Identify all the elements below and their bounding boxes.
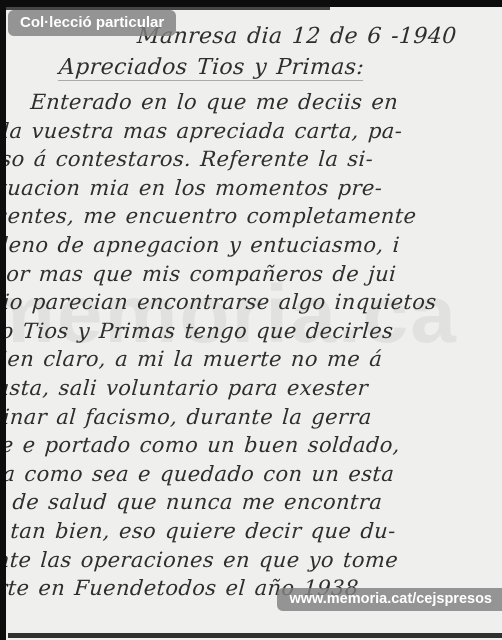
letter-text: Manresa dia 12 de 6 -1940 Apreciados Tio… xyxy=(0,24,496,603)
letter-line: sea como sea e quedado con un esta xyxy=(0,460,466,489)
scan-edge-left xyxy=(0,0,6,640)
letter-line: tuacion mia en los momentos pre- xyxy=(0,174,486,203)
letter-line: Enterado en lo que me deciis en xyxy=(4,88,492,117)
scan-edge-bottom xyxy=(8,633,502,638)
letter-line: do tan bien, eso quiere decir que du- xyxy=(0,517,462,546)
website-watermark-badge: www.memoria.cat/cejspresos xyxy=(277,588,502,611)
letter-line: susta, sali voluntario para exester xyxy=(0,374,472,403)
letter-line: so á contestaros. Referente la si- xyxy=(0,145,488,174)
letter-line: do de salud que nunca me encontra xyxy=(0,488,464,517)
letter-line: me e portado como un buen soldado, xyxy=(0,431,468,460)
letter-line: por mas que mis compañeros de jui xyxy=(0,260,480,289)
letter-line: rante las operaciones en que yo tome xyxy=(0,546,460,575)
letter-line: minar al facismo, durante la gerra xyxy=(0,403,470,432)
scanned-letter-page: memoria.ca Manresa dia 12 de 6 -1940 Apr… xyxy=(0,0,502,640)
letter-line: yo Tios y Primas tengo que decirles xyxy=(0,317,476,346)
letter-date-line: Manresa dia 12 de 6 -1940 xyxy=(136,24,496,49)
scan-edge-top xyxy=(0,0,502,7)
letter-line: la vuestra mas apreciada carta, pa- xyxy=(2,117,490,146)
letter-line: lleno de apnegacion y entuciasmo, i xyxy=(0,231,482,260)
letter-line: cio parecian encontrarse algo inquietos xyxy=(0,288,478,317)
letter-line: sentes, me encuentro completamente xyxy=(0,202,484,231)
letter-salutation: Apreciados Tios y Primas: xyxy=(58,55,365,81)
letter-line: bien claro, a mi la muerte no me á xyxy=(0,345,474,374)
collection-label-badge: Col·lecció particular xyxy=(8,10,176,36)
letter-body: Enterado en lo que me deciis enla vuestr… xyxy=(0,88,492,603)
